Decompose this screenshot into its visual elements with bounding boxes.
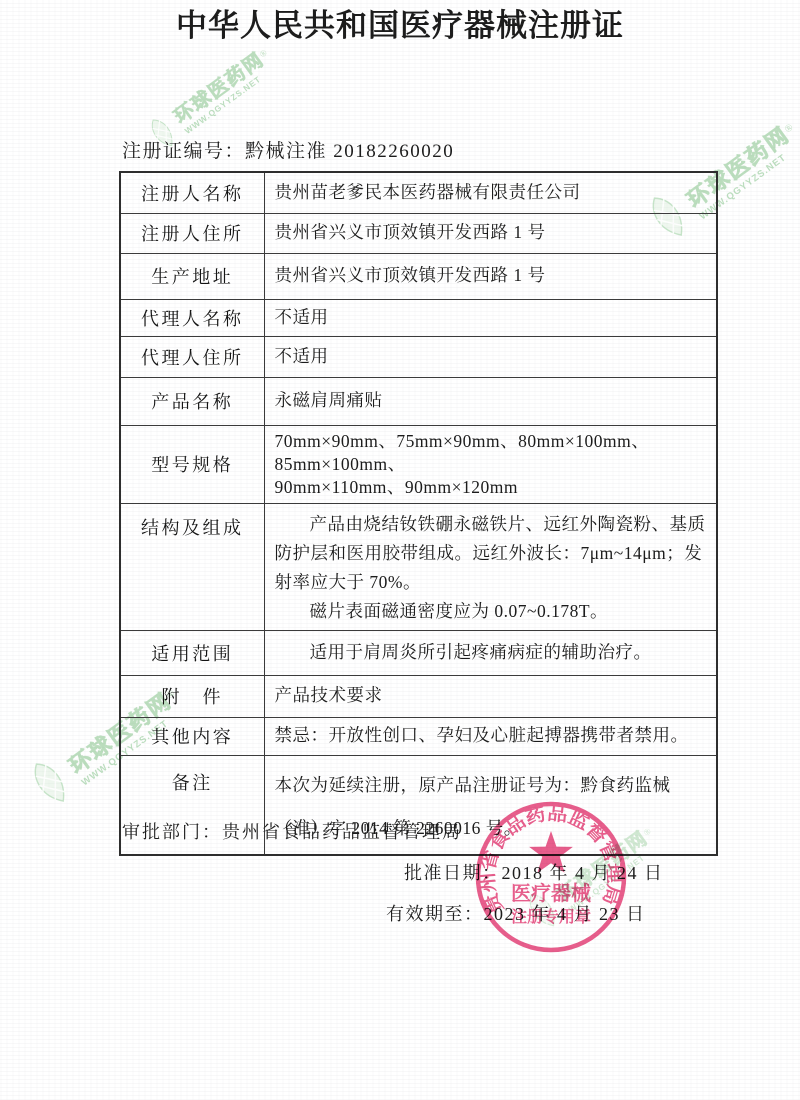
row-label: 结构及组成	[120, 503, 264, 630]
row-value: 贵州省兴义市顶效镇开发西路 1 号	[264, 253, 717, 299]
row-label: 其他内容	[120, 717, 264, 755]
row-value: 70mm×90mm、75mm×90mm、80mm×100mm、85mm×100m…	[264, 425, 717, 503]
row-value: 贵州苗老爹民本医药器械有限责任公司	[264, 172, 717, 213]
row-value: 适用于肩周炎所引起疼痛病症的辅助治疗。	[264, 630, 717, 675]
row-value: 不适用	[264, 299, 717, 336]
watermark-text: 环球医药网® WWW.QGYYZS.NET	[171, 45, 280, 136]
seal-star-icon	[529, 831, 573, 873]
table-row: 型号规格 70mm×90mm、75mm×90mm、80mm×100mm、85mm…	[120, 425, 717, 503]
row-label: 适用范围	[120, 630, 264, 675]
row-label: 生产地址	[120, 253, 264, 299]
table-row: 其他内容 禁忌：开放性创口、孕妇及心脏起搏器携带者禁用。	[120, 717, 717, 755]
row-label: 附 件	[120, 675, 264, 717]
seal-ring	[478, 804, 624, 950]
table-row: 结构及组成 产品由烧结钕铁硼永磁铁片、远红外陶瓷粉、基质防护层和医用胶带组成。远…	[120, 503, 717, 630]
row-value: 禁忌：开放性创口、孕妇及心脏起搏器携带者禁用。	[264, 717, 717, 755]
registration-number-label: 注册证编号：	[122, 141, 245, 162]
certificate-table: 注册人名称 贵州苗老爹民本医药器械有限责任公司 注册人住所 贵州省兴义市顶效镇开…	[119, 171, 718, 856]
row-label: 产品名称	[120, 377, 264, 425]
valid-until-label: 有效期至：	[386, 904, 484, 924]
table-row: 注册人名称 贵州苗老爹民本医药器械有限责任公司	[120, 172, 717, 213]
table-row: 适用范围 适用于肩周炎所引起疼痛病症的辅助治疗。	[120, 630, 717, 675]
registration-number-value: 黔械注准 20182260020	[245, 141, 454, 162]
row-value: 贵州省兴义市顶效镇开发西路 1 号	[264, 213, 717, 253]
approval-department-line: 审批部门：贵州省食品药品监督管理局	[122, 818, 462, 844]
row-value: 永磁肩周痛贴	[264, 377, 717, 425]
approval-department-value: 贵州省食品药品监督管理局	[222, 822, 462, 842]
row-label: 代理人住所	[120, 336, 264, 377]
row-value: 不适用	[264, 336, 717, 377]
table-row: 产品名称 永磁肩周痛贴	[120, 377, 717, 425]
table-row: 代理人住所 不适用	[120, 336, 717, 377]
seal-line2: 注册专用章	[511, 907, 591, 926]
composition-paragraph: 磁片表面磁通密度应为 0.07~0.178T。	[275, 597, 709, 626]
table-row: 生产地址 贵州省兴义市顶效镇开发西路 1 号	[120, 253, 717, 299]
row-label: 注册人住所	[120, 213, 264, 253]
table-row: 注册人住所 贵州省兴义市顶效镇开发西路 1 号	[120, 213, 717, 253]
page-title: 中华人民共和国医疗器械注册证	[0, 0, 800, 45]
row-value: 产品由烧结钕铁硼永磁铁片、远红外陶瓷粉、基质防护层和医用胶带组成。远红外波长：7…	[264, 503, 717, 630]
row-value: 产品技术要求	[264, 675, 717, 717]
approval-department-label: 审批部门：	[122, 822, 222, 842]
seal-line1: 医疗器械	[511, 881, 592, 905]
spec-line: 90mm×110mm、90mm×120mm	[275, 476, 709, 499]
spec-line: 70mm×90mm、75mm×90mm、80mm×100mm、85mm×100m…	[275, 430, 709, 476]
registration-number-line: 注册证编号：黔械注准 20182260020	[122, 136, 454, 163]
composition-paragraph: 产品由烧结钕铁硼永磁铁片、远红外陶瓷粉、基质防护层和医用胶带组成。远红外波长：7…	[275, 510, 709, 597]
row-label: 注册人名称	[120, 172, 264, 213]
row-label: 代理人名称	[120, 299, 264, 336]
table-row: 代理人名称 不适用	[120, 299, 717, 336]
row-label: 型号规格	[120, 425, 264, 503]
table-row: 附 件 产品技术要求	[120, 675, 717, 717]
official-seal-stamp: 贵州省食品药品监督管理局 医疗器械 注册专用章	[471, 797, 631, 957]
